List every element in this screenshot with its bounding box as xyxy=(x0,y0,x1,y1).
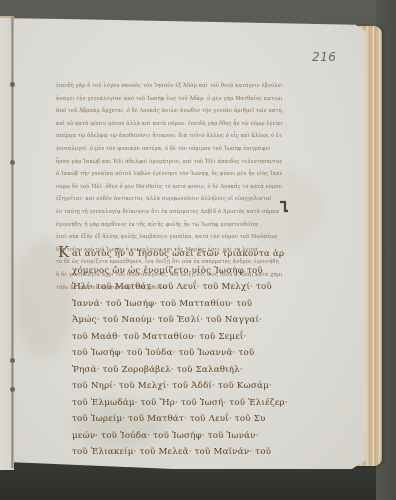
decorated-initial: Κ xyxy=(58,243,69,261)
commentary-line: σπέρμα τῷ ἀδελφῷ τῷ ἀποθανόντι ἄτεκνον, … xyxy=(56,130,282,143)
main-text-line: τοῦ Νηρί· τοῦ Μελχί· τοῦ Ἀδδί· τοῦ Κωσάμ… xyxy=(72,378,282,395)
commentary-line: ἀπὸ τοῦ Ἀβραὰμ ἄρχεται, ὁ δὲ Λουκᾶς ἀνιὼ… xyxy=(56,105,282,118)
main-text-line: τοῦ Ἐλμωδάμ· τοῦ Ἤρ· τοῦ Ἰωσή· τοῦ Ἐλιέζ… xyxy=(72,395,282,412)
main-text-line: τοῦ Ἰωρείμ· τοῦ Ματθάτ· τοῦ Λευΐ· τοῦ Συ xyxy=(72,411,282,428)
folio-number: 216 xyxy=(312,50,336,64)
main-text-line: Ἀμώς· τοῦ Ναούμ· τοῦ Ἐσλί· τοῦ Ναγγαί· xyxy=(72,312,282,329)
main-text-line: Ἡλί· τοῦ Ματθάτ· τοῦ Λευΐ· τοῦ Μελχί· το… xyxy=(72,279,282,296)
commentary-line: ὁ Ἰακὼβ τὴν γυναῖκα αὐτοῦ λαβὼν ἐγέννησε… xyxy=(56,168,282,181)
main-text-line: αὶ αὐτὸς ἦν ὁ Ἰησοῦς ὡσεὶ ἐτῶν τριάκοντα… xyxy=(72,246,282,263)
commentary-line: γενεαλογεῖ· ὁ μὲν τὸν φυσικὸν πατέρα, ὁ … xyxy=(56,143,282,156)
binding-stitch xyxy=(10,160,15,165)
main-text-line: τοῦ Ἰωσήφ· τοῦ Ἰούδα· τοῦ Ἰωαννᾶ· τοῦ xyxy=(72,345,282,362)
main-text-line: τοῦ Ἐλιακείμ· τοῦ Μελεᾶ· τοῦ Μαϊνάν· τοῦ xyxy=(72,444,282,461)
main-text-line: Ῥησά· τοῦ Ζοροβάβελ· τοῦ Σαλαθιήλ· xyxy=(72,362,282,379)
main-text-block: αὶ αὐτὸς ἦν ὁ Ἰησοῦς ὡσεὶ ἐτῶν τριάκοντα… xyxy=(72,246,282,461)
main-text-line: χόμενος ὤν ὡς ἐνομίζετο υἱὸς Ἰωσὴφ τοῦ xyxy=(72,263,282,280)
binding-stitch xyxy=(10,82,15,87)
commentary-line: ἐπεὶ οὐκ ἐξῆν ἐξ ἄλλης φυλῆς λαμβάνειν γ… xyxy=(56,231,282,244)
marginal-section-mark-icon xyxy=(279,200,289,214)
binding-stitch xyxy=(10,387,15,392)
commentary-line: ἦσαν γὰρ Ἰακὼβ καὶ Ἡλὶ ἀδελφοὶ ὁμομήτριο… xyxy=(56,156,282,169)
binding-stitch xyxy=(10,358,15,363)
commentary-line: ἐπειδὴ γὰρ ὁ τοῦ λόγου σκοπὸς τὸν Ἰησοῦν… xyxy=(56,80,282,93)
commentary-line: ἐγεννήθη· ἡ γὰρ παρθένος ἐκ τῆς αὐτῆς φυ… xyxy=(56,219,282,232)
main-text-line: τοῦ Μαάθ· τοῦ Ματταθίου· τοῦ Σεμεΐ· xyxy=(72,329,282,346)
main-text-line: μεών· τοῦ Ἰούδα· τοῦ Ἰωσήφ· τοῦ Ἰωνάν· xyxy=(72,428,282,445)
commentary-line: ἐξηγεῖται· καὶ οὐδὲν ἀντίκειται, ἀλλὰ συ… xyxy=(56,193,282,206)
main-text-line: Ἰαννά· τοῦ Ἰωσήφ· τοῦ Ματταθίου· τοῦ xyxy=(72,296,282,313)
commentary-line: νόμῳ δὲ τοῦ Ἡλί· ὅθεν ὁ μὲν Ματθαῖος τὸ … xyxy=(56,181,282,194)
commentary-line: καὶ οὐ κατὰ φύσιν μόνον ἀλλὰ καὶ κατὰ νό… xyxy=(56,118,282,131)
commentary-line: ἀνάγει τὴν γενεαλογίαν ἀπὸ τοῦ Ἰωσὴφ ἕως… xyxy=(56,93,282,106)
commentary-line: ἐν ταύτῃ τῇ γενεαλογίᾳ δείκνυσιν ὅτι ἐκ … xyxy=(56,206,282,219)
